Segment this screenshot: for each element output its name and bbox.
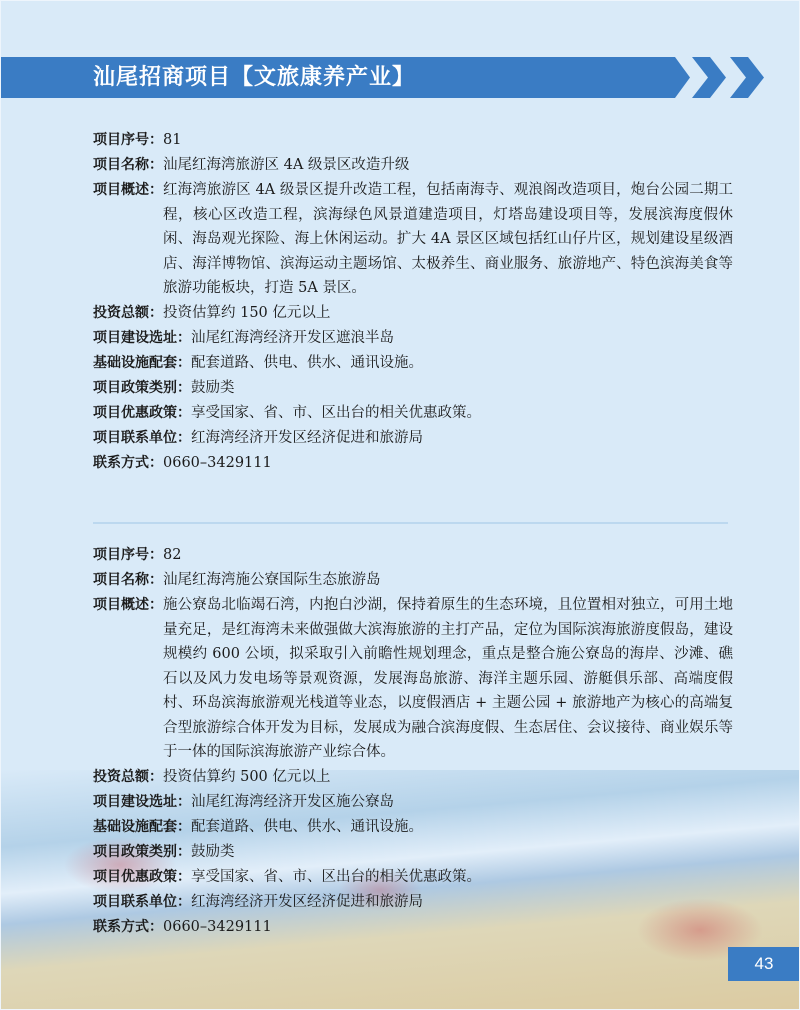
field-value: 红海湾经济开发区经济促进和旅游局 [191, 890, 733, 915]
field-value: 红海湾经济开发区经济促进和旅游局 [191, 426, 733, 451]
field-label: 项目政策类别： [93, 376, 191, 401]
section-divider [93, 522, 728, 524]
field-value: 汕尾红海湾旅游区 4A 级景区改造升级 [163, 153, 733, 178]
field-value: 投资估算约 500 亿元以上 [163, 765, 733, 790]
field-value: 鼓励类 [191, 376, 733, 401]
field-label: 项目建设选址： [93, 790, 191, 815]
field-contact-unit: 项目联系单位：红海湾经济开发区经济促进和旅游局 [93, 890, 733, 915]
field-value: 鼓励类 [191, 840, 733, 865]
field-policy-category: 项目政策类别：鼓励类 [93, 376, 733, 401]
field-label: 投资总额： [93, 301, 163, 326]
field-policy-category: 项目政策类别：鼓励类 [93, 840, 733, 865]
field-value: 汕尾红海湾施公寮国际生态旅游岛 [163, 568, 733, 593]
field-value: 81 [163, 128, 733, 153]
field-overview: 项目概述：红海湾旅游区 4A 级景区提升改造工程，包括南海寺、观浪阁改造项目，炮… [93, 178, 733, 301]
field-location: 项目建设选址：汕尾红海湾经济开发区遮浪半岛 [93, 326, 733, 351]
chevron-right-icon [730, 57, 764, 98]
field-label: 联系方式： [93, 915, 163, 940]
field-contact-phone: 联系方式：0660–3429111 [93, 915, 733, 940]
field-value: 汕尾红海湾经济开发区施公寮岛 [191, 790, 733, 815]
field-overview: 项目概述：施公寮岛北临竭石湾，内抱白沙湖，保持着原生的生态环境，且位置相对独立，… [93, 593, 733, 765]
page-number: 43 [728, 947, 800, 981]
field-label: 项目政策类别： [93, 840, 191, 865]
field-label: 项目联系单位： [93, 890, 191, 915]
field-value: 配套道路、供电、供水、通讯设施。 [191, 815, 733, 840]
chevron-right-icon [692, 57, 726, 98]
field-value: 享受国家、省、市、区出台的相关优惠政策。 [191, 865, 733, 890]
field-label: 项目优惠政策： [93, 401, 191, 426]
field-infrastructure: 基础设施配套：配套道路、供电、供水、通讯设施。 [93, 351, 733, 376]
field-value: 0660–3429111 [163, 915, 733, 940]
field-value: 0660–3429111 [163, 451, 733, 476]
field-name: 项目名称：汕尾红海湾旅游区 4A 级景区改造升级 [93, 153, 733, 178]
project-block-81: 项目序号：81 项目名称：汕尾红海湾旅游区 4A 级景区改造升级 项目概述：红海… [93, 128, 733, 476]
field-contact-unit: 项目联系单位：红海湾经济开发区经济促进和旅游局 [93, 426, 733, 451]
field-label: 项目序号： [93, 128, 163, 153]
field-serial: 项目序号：81 [93, 128, 733, 153]
field-label: 项目名称： [93, 153, 163, 178]
field-contact-phone: 联系方式：0660–3429111 [93, 451, 733, 476]
field-label: 项目建设选址： [93, 326, 191, 351]
field-investment: 投资总额：投资估算约 150 亿元以上 [93, 301, 733, 326]
field-label: 基础设施配套： [93, 815, 191, 840]
field-value: 82 [163, 543, 733, 568]
field-infrastructure: 基础设施配套：配套道路、供电、供水、通讯设施。 [93, 815, 733, 840]
field-label: 联系方式： [93, 451, 163, 476]
field-value: 投资估算约 150 亿元以上 [163, 301, 733, 326]
field-label: 项目序号： [93, 543, 163, 568]
field-label: 项目概述： [93, 593, 163, 765]
field-value: 汕尾红海湾经济开发区遮浪半岛 [191, 326, 733, 351]
field-location: 项目建设选址：汕尾红海湾经济开发区施公寮岛 [93, 790, 733, 815]
page-title: 汕尾招商项目【文旅康养产业】 [93, 57, 415, 98]
field-name: 项目名称：汕尾红海湾施公寮国际生态旅游岛 [93, 568, 733, 593]
field-serial: 项目序号：82 [93, 543, 733, 568]
field-value: 配套道路、供电、供水、通讯设施。 [191, 351, 733, 376]
project-block-82: 项目序号：82 项目名称：汕尾红海湾施公寮国际生态旅游岛 项目概述：施公寮岛北临… [93, 543, 733, 940]
field-label: 项目优惠政策： [93, 865, 191, 890]
field-value: 施公寮岛北临竭石湾，内抱白沙湖，保持着原生的生态环境，且位置相对独立，可用土地量… [163, 593, 733, 765]
field-label: 项目概述： [93, 178, 163, 301]
field-investment: 投资总额：投资估算约 500 亿元以上 [93, 765, 733, 790]
field-label: 投资总额： [93, 765, 163, 790]
field-value: 红海湾旅游区 4A 级景区提升改造工程，包括南海寺、观浪阁改造项目，炮台公园二期… [163, 178, 733, 301]
field-value: 享受国家、省、市、区出台的相关优惠政策。 [191, 401, 733, 426]
field-preferential-policy: 项目优惠政策：享受国家、省、市、区出台的相关优惠政策。 [93, 401, 733, 426]
field-label: 项目名称： [93, 568, 163, 593]
field-label: 项目联系单位： [93, 426, 191, 451]
field-preferential-policy: 项目优惠政策：享受国家、省、市、区出台的相关优惠政策。 [93, 865, 733, 890]
field-label: 基础设施配套： [93, 351, 191, 376]
